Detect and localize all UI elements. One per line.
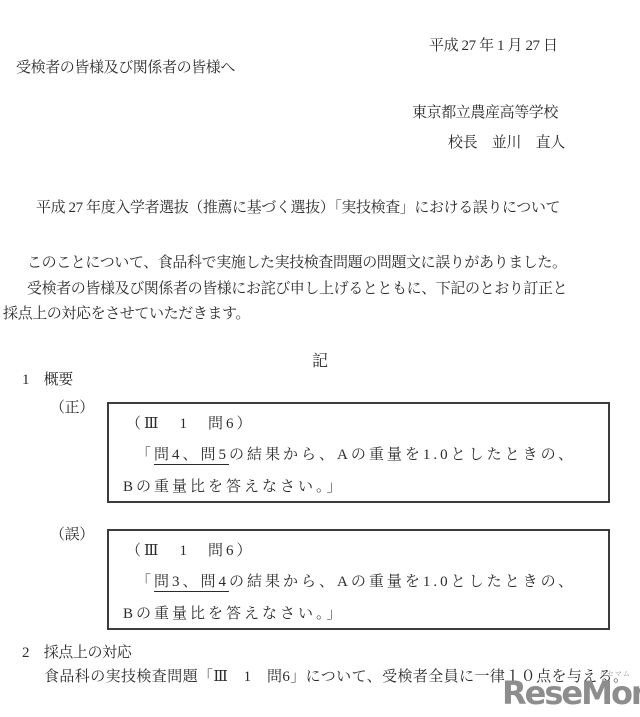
document-title: 平成 27 年度入学者選抜（推薦に基づく選抜）「実技検査」における誤りについて: [36, 199, 560, 217]
intro-paragraph-line-1: このことについて、食品科で実施した実技検査問題の問題文に誤りがありました。: [27, 254, 567, 272]
wrong-box-line-2-rest: の結果から、Aの重量を1.0としたときの、: [229, 574, 576, 590]
section2-heading: 2 採点上の対応: [22, 644, 131, 662]
section1-heading: 1 概要: [22, 371, 73, 389]
wrong-box-line-3: Bの重量比を答えなさい。」: [123, 602, 345, 623]
correct-box-line-1: （Ⅲ 1 問6）: [126, 412, 254, 433]
wrong-label: （誤）: [50, 526, 94, 544]
correct-box-line-3: Bの重量比を答えなさい。」: [123, 475, 345, 496]
wrong-box-line-1: （Ⅲ 1 問6）: [126, 539, 254, 560]
recipient-line: 受検者の皆様及び関係者の皆様へ: [16, 59, 235, 77]
wrong-answer-box: （Ⅲ 1 問6） 「問3、問4の結果から、Aの重量を1.0としたときの、 Bの重…: [107, 529, 610, 630]
school-name: 東京都立農産高等学校: [412, 104, 558, 122]
correct-box-open-quote: 「: [136, 447, 154, 463]
wrong-box-underlined-text: 問3、問4: [154, 574, 229, 592]
record-mark: 記: [0, 348, 640, 371]
intro-paragraph-line-2: 受検者の皆様及び関係者の皆様にお詫び申し上げるとともに、下記のとおり訂正と: [27, 280, 567, 298]
correct-answer-box: （Ⅲ 1 問6） 「問4、問5の結果から、Aの重量を1.0としたときの、 Bの重…: [107, 402, 610, 503]
document-date: 平成 27 年 1 月 27 日: [429, 37, 558, 55]
principal-name: 校長 並川 直人: [448, 134, 565, 152]
correct-box-underlined-text: 問4、問5: [154, 447, 229, 465]
wrong-box-open-quote: 「: [136, 574, 154, 590]
wrong-box-line-2: 「問3、問4の結果から、Aの重量を1.0としたときの、: [136, 570, 576, 591]
intro-paragraph-line-3: 採点上の対応をさせていただきます。: [3, 305, 250, 323]
notice-document: { "doc": { "date": "平成 27 年 1 月 27 日", "…: [0, 0, 640, 717]
correct-box-line-2-rest: の結果から、Aの重量を1.0としたときの、: [229, 447, 576, 463]
resemom-logo: ReseMom.: [502, 674, 640, 712]
correct-label: （正）: [50, 399, 94, 417]
correct-box-line-2: 「問4、問5の結果から、Aの重量を1.0としたときの、: [136, 443, 576, 464]
